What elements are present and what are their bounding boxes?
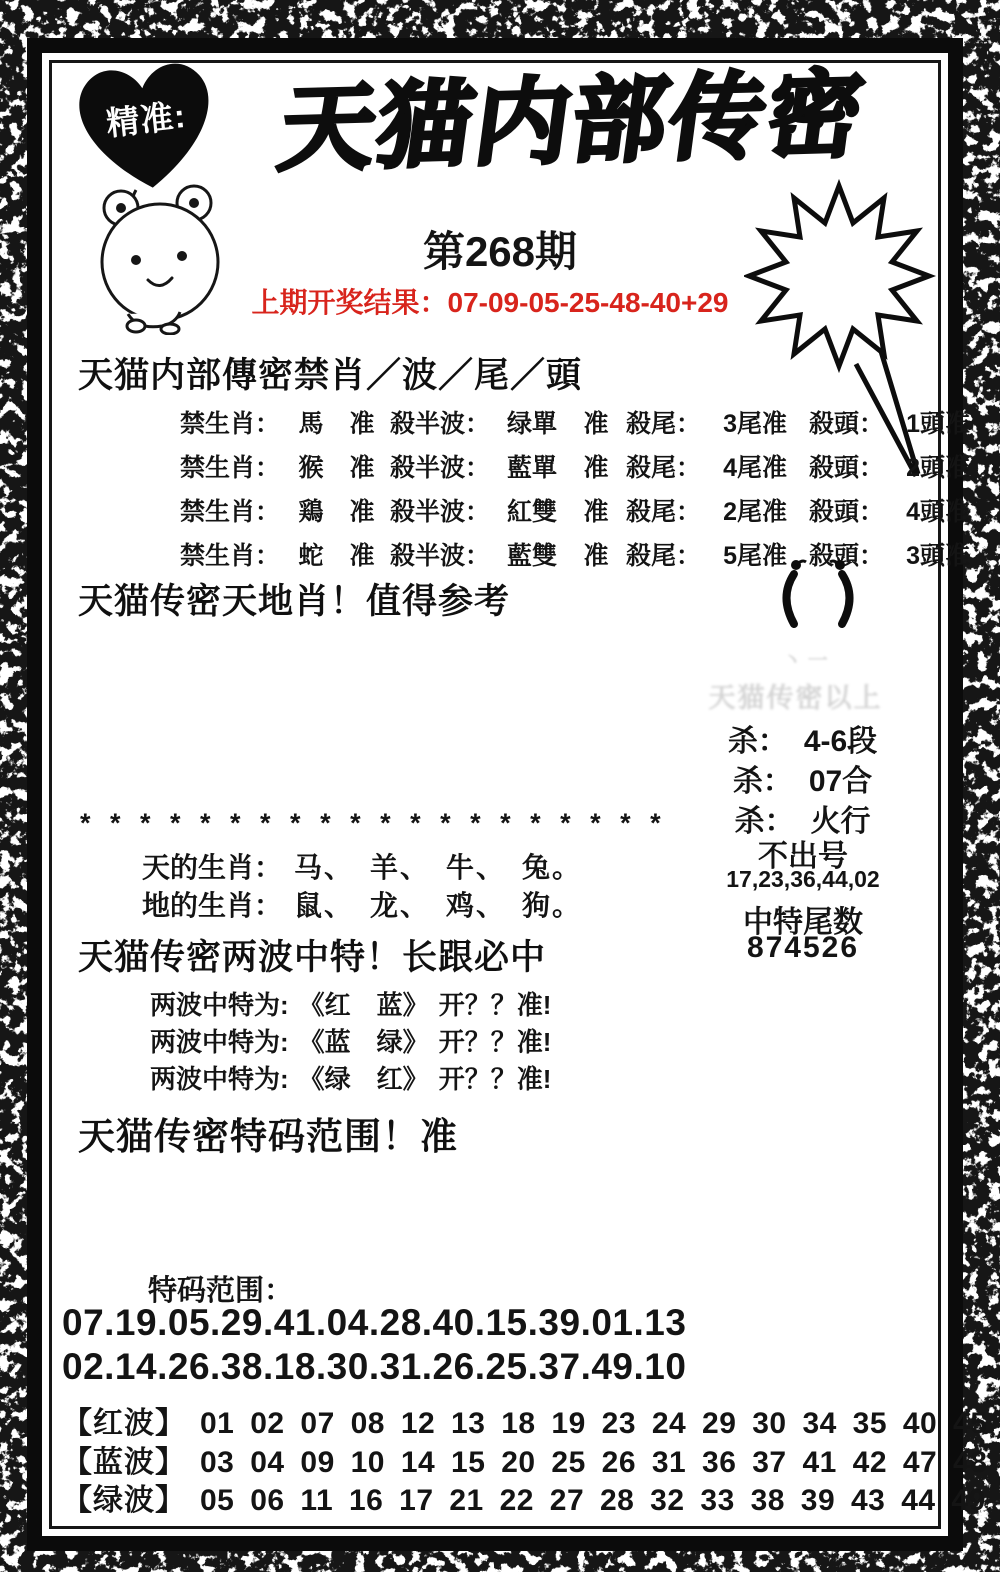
ban-ok: 准 [342,448,382,484]
ban-ok: 准 [574,448,618,484]
ban-animal: 鶏 [288,492,334,528]
ban-wave-label: 殺半波： [390,536,490,572]
ban-wave-label: 殺半波： [390,492,490,528]
ban-row: 禁生肖： 鶏 准 殺半波： 紅雙 准 殺尾： 2尾准 殺頭： 4頭准 [180,492,984,528]
kill-row: 杀： 07合 [700,756,905,800]
ban-zodiac-label: 禁生肖： [180,404,280,440]
ban-animal: 蛇 [288,536,334,572]
twowave-result: 开？？准! [439,1022,552,1059]
kill-value: 4-6段 [804,716,877,760]
page-title: 天猫内部传密 [219,57,927,188]
twowave-row: 两波中特为: 《蓝 绿》 开？？准! [150,1022,551,1059]
scanned-lottery-flyer: { "page": { "stamp": "精准:", "title": "天猫… [0,0,1000,1572]
ban-head-label: 殺頭： [809,492,884,528]
stars-divider: * * * * * * * * * * * * * * * * * * * * [80,808,667,839]
wave-row-red: 【红波】 01 02 07 08 12 13 18 19 23 24 29 30… [62,1398,1000,1442]
earth-zodiac-row: 地的生肖： 鼠、 龙、 鸡、 狗。 [142,884,582,924]
issue-number: 第268期 [300,219,700,279]
sky-zodiac-row: 天的生肖： 马、 羊、 牛、 兔。 [142,846,582,886]
ban-ok: 准 [342,536,382,572]
ban-row: 禁生肖： 馬 准 殺半波： 绿單 准 殺尾： 3尾准 殺頭： 1頭准 [180,404,984,440]
ban-tail-label: 殺尾： [626,404,701,440]
starburst-bubble-icon [744,176,940,488]
noshow-numbers: 17,23,36,44,02 [698,866,908,893]
ban-section-heading: 天猫内部傳密禁肖／波／尾／頭 [78,348,582,398]
ban-head-label: 殺頭： [809,448,884,484]
wave-numbers: 01 02 07 08 12 13 18 19 23 24 29 30 34 3… [200,1407,1000,1441]
twowave-pair: 《蓝 绿》 [299,1022,429,1059]
ban-ok: 准 [574,536,618,572]
ban-head: 4頭准 [892,492,984,528]
twowave-row: 两波中特为: 《红 蓝》 开？？准! [150,985,551,1022]
ban-tail: 4尾准 [709,448,801,484]
ban-head: 1頭准 [892,404,984,440]
stamp-heart: 精准: [64,48,228,198]
ban-head-label: 殺頭： [809,404,884,440]
earth-zodiac-values: 鼠、 龙、 鸡、 狗。 [294,884,582,924]
ban-ok: 准 [342,404,382,440]
tiandi-heading: 天猫传密天地肖！值得参考 [78,574,510,624]
wave-label: 【红波】 [62,1398,186,1442]
flyer-content: 精准: 天猫内部传密 第268期 上期开奖结果：07-09-05-25-48-4… [0,0,1000,1572]
ban-wave-label: 殺半波： [390,448,490,484]
earth-zodiac-label: 地的生肖： [142,884,282,924]
midtail-numbers: 874526 [698,931,908,965]
kill-label: 杀： [733,756,793,800]
ban-head: 3頭准 [892,536,984,572]
ban-animal: 猴 [288,448,334,484]
sky-zodiac-label: 天的生肖： [142,846,282,886]
ban-head: 2頭准 [892,448,984,484]
ban-wave: 藍單 [498,448,566,484]
range-line-1: 07.19.05.29.41.04.28.40.15.39.01.13 [62,1302,822,1344]
wave-label: 【绿波】 [62,1475,186,1519]
wave-row-green: 【绿波】 05 06 11 16 17 21 22 27 28 32 33 38… [62,1475,986,1519]
faded-text-2: 天猫传密以上 [698,676,893,715]
paren-decoration-icon [766,556,870,638]
twowave-result: 开？？准! [439,1059,552,1096]
range-line-2: 02.14.26.38.18.30.31.26.25.37.49.10 [62,1346,822,1388]
ban-ok: 准 [574,492,618,528]
ban-zodiac-label: 禁生肖： [180,492,280,528]
ban-tail-label: 殺尾： [626,536,701,572]
ban-zodiac-label: 禁生肖： [180,448,280,484]
range-heading: 天猫传密特码范围！准 [78,1106,458,1160]
kill-value: 07合 [809,756,872,800]
ban-wave: 绿單 [498,404,566,440]
ban-ok: 准 [574,404,618,440]
ban-tail-label: 殺尾： [626,492,701,528]
twowave-pair: 《红 蓝》 [299,985,429,1022]
ban-wave-label: 殺半波： [390,404,490,440]
ban-ok: 准 [342,492,382,528]
ban-wave: 藍雙 [498,536,566,572]
twowave-heading: 天猫传密两波中特！长跟必中 [78,930,546,980]
wave-numbers: 05 06 11 16 17 21 22 27 28 32 33 38 39 4… [200,1484,986,1518]
ban-tail: 3尾准 [709,404,801,440]
twowave-pair: 《绿 红》 [299,1059,429,1096]
sky-zodiac-values: 马、 羊、 牛、 兔。 [294,846,582,886]
kill-row: 杀： 4-6段 [700,716,905,760]
faded-text-1: 丶 一 [730,644,880,673]
twowave-result: 开？？准! [439,985,552,1022]
twowave-label: 两波中特为: [150,985,289,1022]
twowave-row: 两波中特为: 《绿 红》 开？？准! [150,1059,551,1096]
kill-label: 杀： [728,716,788,760]
ban-animal: 馬 [288,404,334,440]
ban-tail: 2尾准 [709,492,801,528]
twowave-label: 两波中特为: [150,1059,289,1096]
ban-row: 禁生肖： 猴 准 殺半波： 藍單 准 殺尾： 4尾准 殺頭： 2頭准 [180,448,984,484]
ban-tail-label: 殺尾： [626,448,701,484]
twowave-label: 两波中特为: [150,1022,289,1059]
ban-zodiac-label: 禁生肖： [180,536,280,572]
ban-wave: 紅雙 [498,492,566,528]
